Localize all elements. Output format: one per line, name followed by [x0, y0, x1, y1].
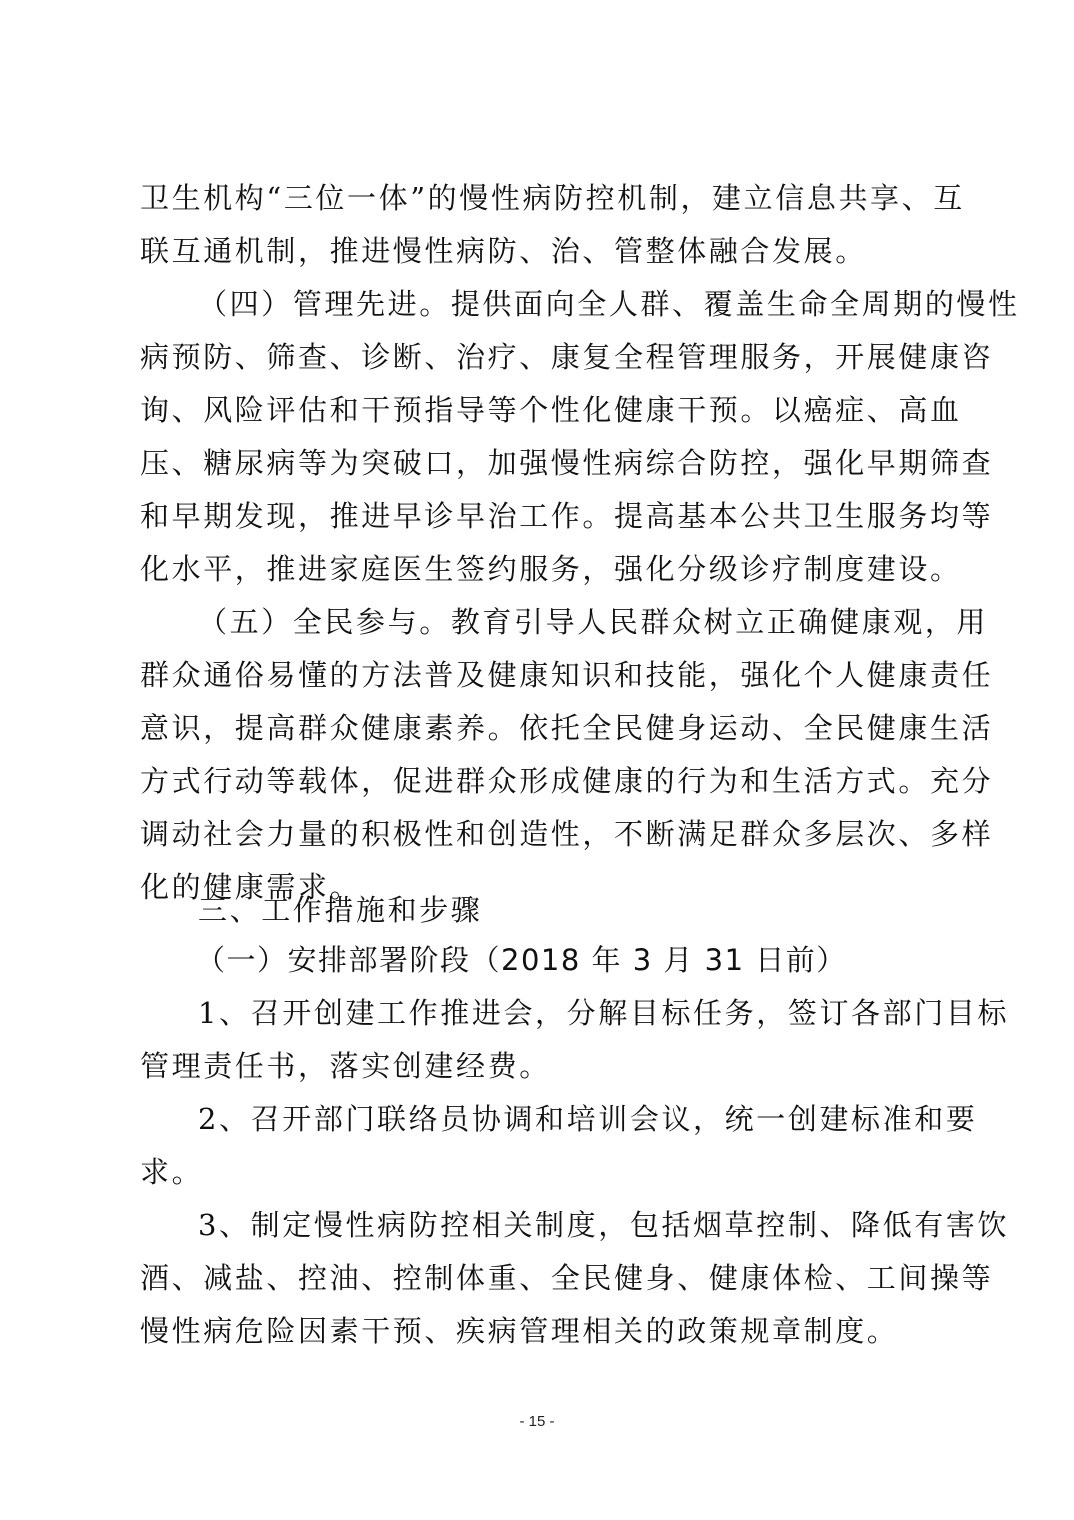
paragraph-text: 提供面向全人群、覆盖生命全周期的慢性: [451, 287, 1020, 321]
list-item-line: 1、召开创建工作推进会，分解目标任务，签订各部门目标: [198, 993, 998, 1033]
paragraph-four-first-line: （四）管理先进。提供面向全人群、覆盖生命全周期的慢性: [198, 284, 998, 324]
document-page: 卫生机构“三位一体”的慢性病防控机制，建立信息共享、互 联互通机制，推进慢性病防…: [0, 0, 1074, 1520]
paragraph-line: 化水平，推进家庭医生签约服务，强化分级诊疗制度建设。: [140, 549, 940, 589]
page-number: - 15 -: [0, 1413, 1074, 1430]
paragraph-line: 方式行动等载体，促进群众形成健康的行为和生活方式。充分: [140, 761, 940, 801]
paragraph-line: 卫生机构“三位一体”的慢性病防控机制，建立信息共享、互: [140, 178, 940, 218]
paragraph-five-first-line: （五）全民参与。教育引导人民群众树立正确健康观，用: [198, 602, 998, 642]
paragraph-line: 调动社会力量的积极性和创造性，不断满足群众多层次、多样: [140, 814, 940, 854]
paragraph-line: 群众通俗易懂的方法普及健康知识和技能，强化个人健康责任: [140, 655, 940, 695]
paragraph-line: 询、风险评估和干预指导等个性化健康干预。以癌症、高血: [140, 390, 940, 430]
subsection-heading: （一）安排部署阶段（2018 年 3 月 31 日前）: [196, 940, 996, 980]
paragraph-line: 和早期发现，推进早诊早治工作。提高基本公共卫生服务均等: [140, 496, 940, 536]
paragraph-text: 教育引导人民群众树立正确健康观，用: [451, 605, 988, 639]
paragraph-lead-heading: （五）全民参与。: [198, 605, 451, 639]
section-heading: 三、工作措施和步骤: [198, 890, 998, 930]
paragraph-line: 病预防、筛查、诊断、治疗、康复全程管理服务，开展健康咨: [140, 337, 940, 377]
list-item-line: 求。: [140, 1152, 940, 1192]
paragraph-line: 压、糖尿病等为突破口，加强慢性病综合防控，强化早期筛查: [140, 443, 940, 483]
paragraph-line: 联互通机制，推进慢性病防、治、管整体融合发展。: [140, 231, 940, 271]
list-item-line: 酒、减盐、控油、控制体重、全民健身、健康体检、工间操等: [140, 1258, 940, 1298]
list-item-line: 慢性病危险因素干预、疾病管理相关的政策规章制度。: [140, 1311, 940, 1351]
list-item-line: 2、召开部门联络员协调和培训会议，统一创建标准和要: [198, 1099, 998, 1139]
paragraph-line: 意识，提高群众健康素养。依托全民健身运动、全民健康生活: [140, 708, 940, 748]
list-item-line: 管理责任书，落实创建经费。: [140, 1046, 940, 1086]
paragraph-lead-heading: （四）管理先进。: [198, 287, 451, 321]
list-item-line: 3、制定慢性病防控相关制度，包括烟草控制、降低有害饮: [198, 1205, 998, 1245]
